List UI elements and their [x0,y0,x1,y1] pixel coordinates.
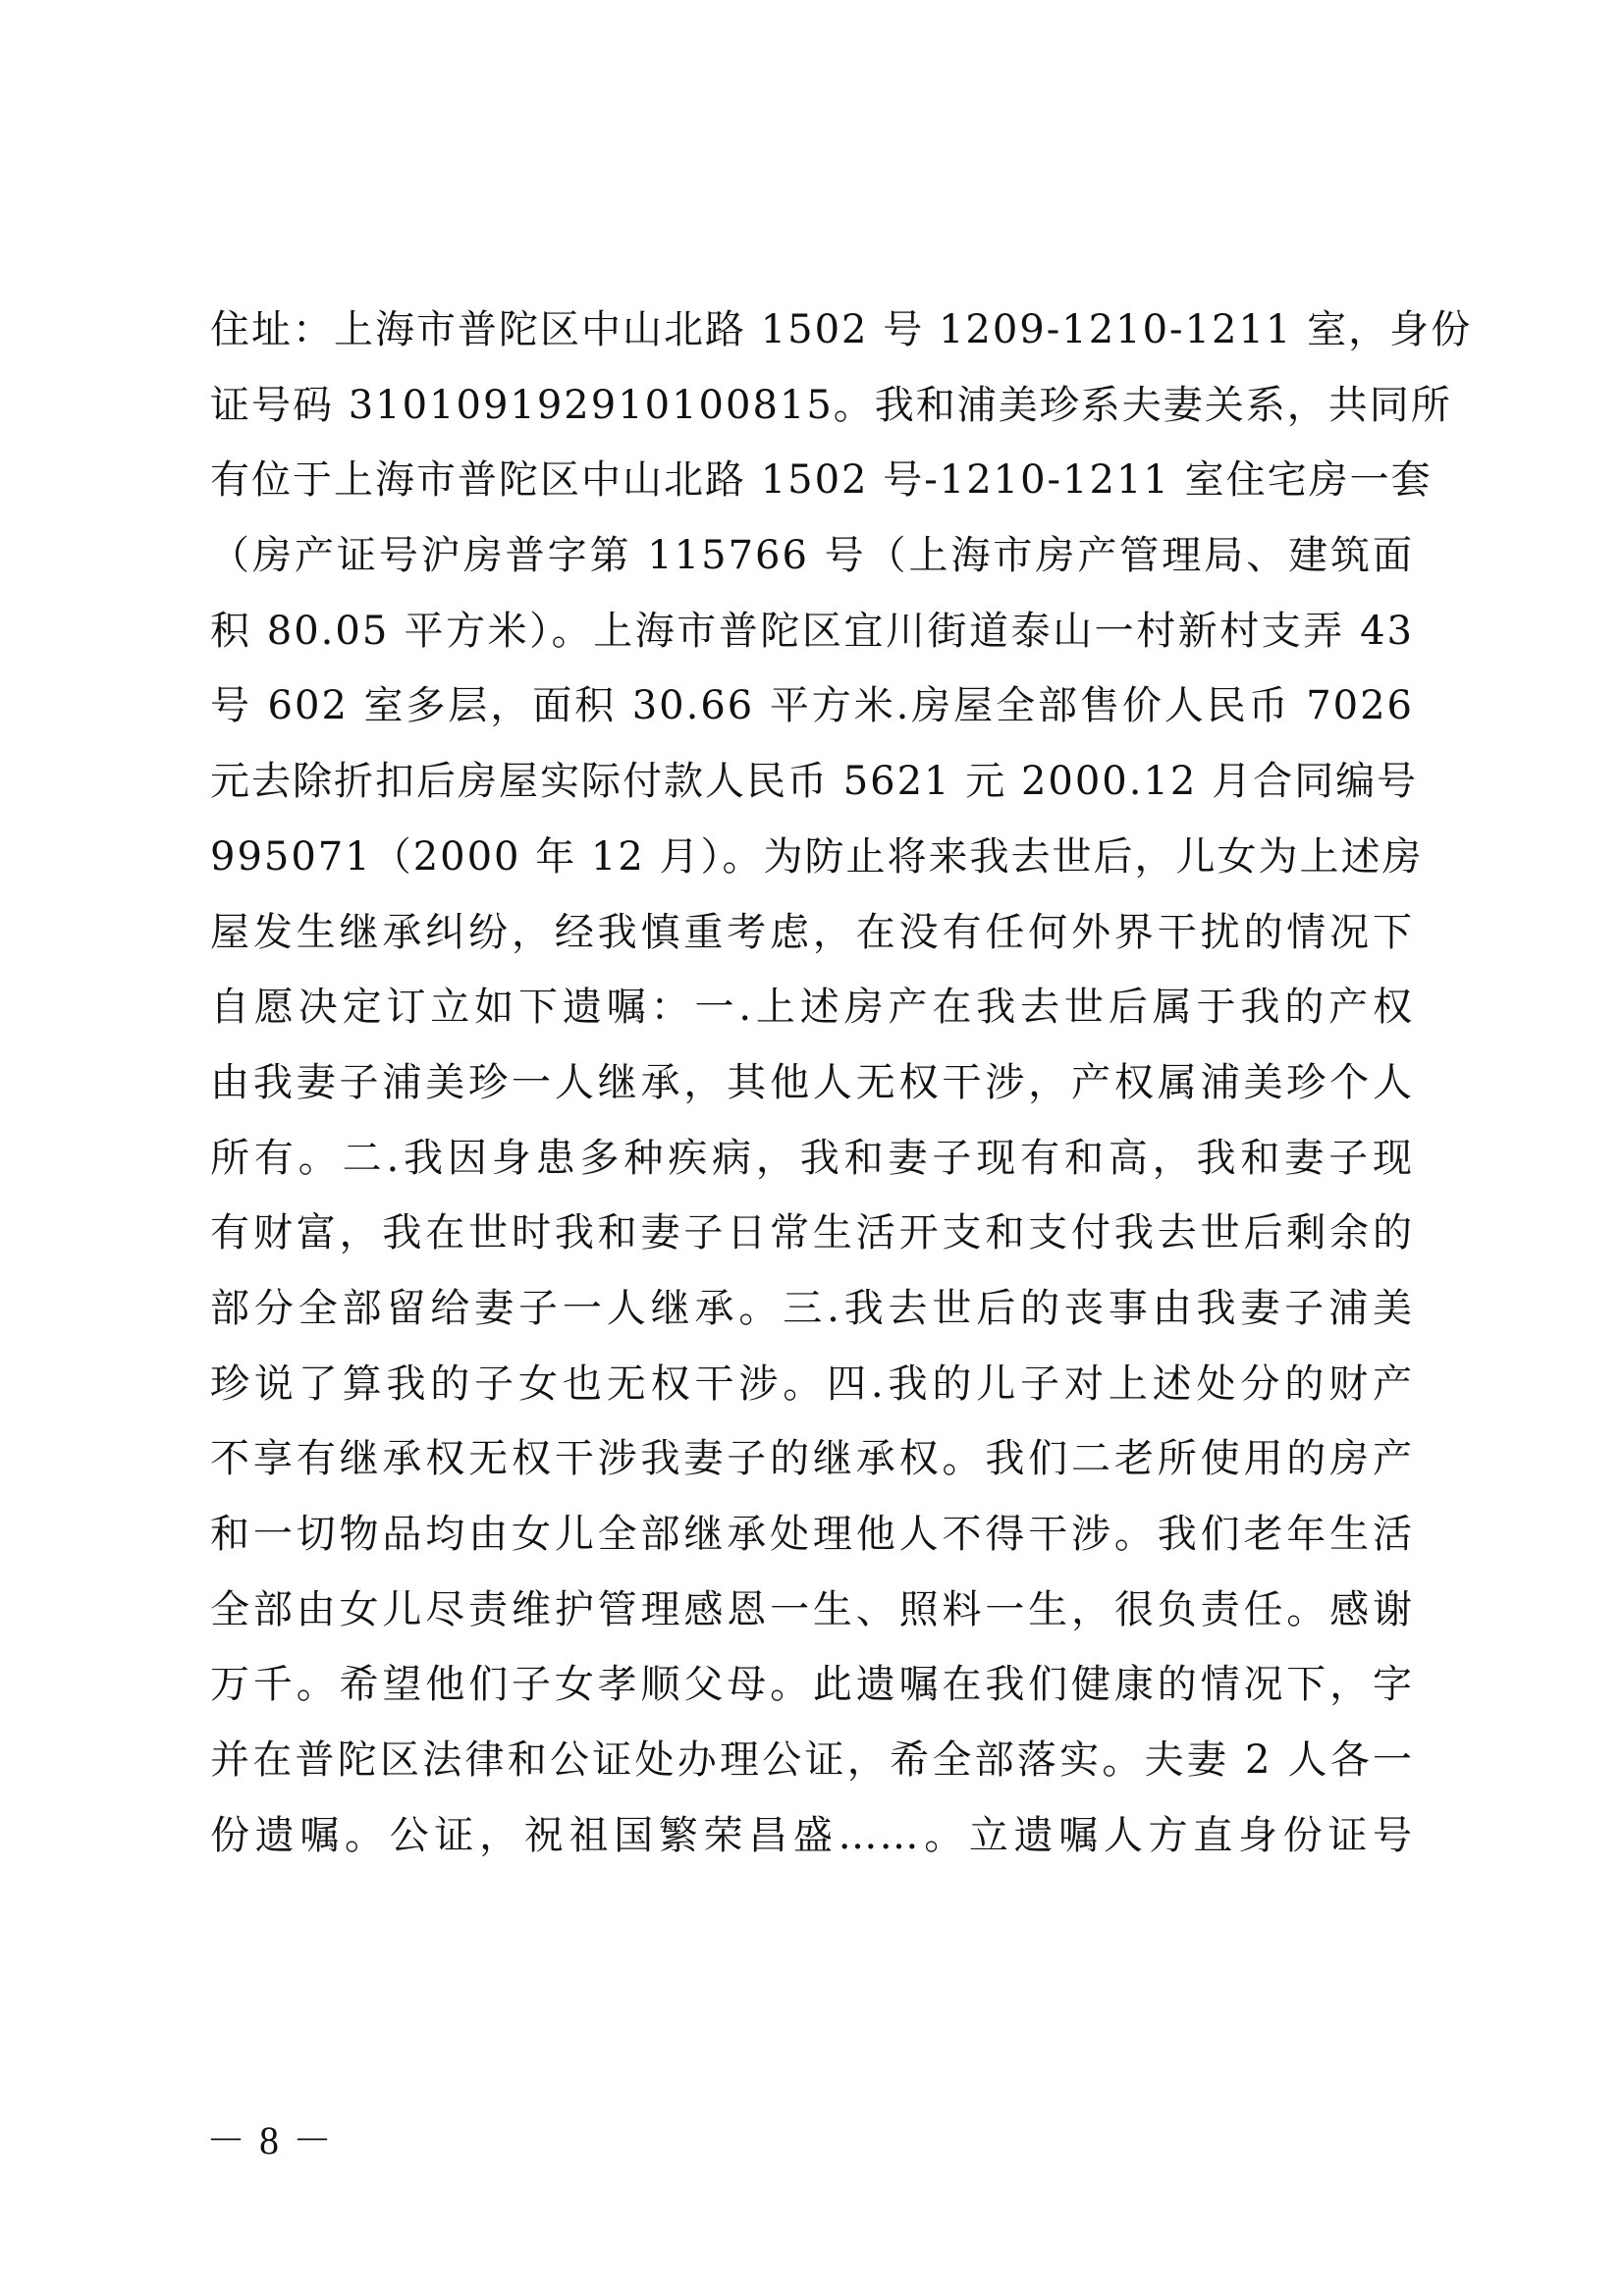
text-line-14: 部分全部留给妻子一人继承。三.我去世后的丧事由我妻子浦美 [210,1271,1414,1347]
text-line-13: 有财富，我在世时我和妻子日常生活开支和支付我去世后剩余的 [210,1196,1414,1271]
text-line-20: 并在普陀区法律和公证处办理公证，希全部落实。夫妻 2 人各一 [210,1723,1414,1798]
text-line-6: 号 602 室多层，面积 30.66 平方米.房屋全部售价人民币 7026 [210,668,1414,744]
will-body-text: 住址：上海市普陀区中山北路 1502 号 1209-1210-1211 室，身份… [210,293,1414,1873]
text-line-4: （房产证号沪房普字第 115766 号（上海市房产管理局、建筑面 [210,518,1414,594]
text-line-1: 住址：上海市普陀区中山北路 1502 号 1209-1210-1211 室，身份 [210,293,1414,368]
text-line-10: 自愿决定订立如下遗嘱：一.上述房产在我去世后属于我的产权 [210,970,1414,1045]
text-line-12: 所有。二.我因身患多种疾病，我和妻子现有和高，我和妻子现 [210,1121,1414,1197]
text-line-3: 有位于上海市普陀区中山北路 1502 号-1210-1211 室住宅房一套 [210,443,1414,518]
text-line-17: 和一切物品均由女儿全部继承处理他人不得干涉。我们老年生活 [210,1497,1414,1573]
text-line-5: 积 80.05 平方米）。上海市普陀区宜川街道泰山一村新村支弄 43 [210,594,1414,669]
text-line-16: 不享有继承权无权干涉我妻子的继承权。我们二老所使用的房产 [210,1421,1414,1497]
text-line-19: 万千。希望他们子女孝顺父母。此遗嘱在我们健康的情况下，字 [210,1647,1414,1723]
text-line-15: 珍说了算我的子女也无权干涉。四.我的儿子对上述处分的财产 [210,1347,1414,1422]
text-line-21: 份遗嘱。公证，祝祖国繁荣昌盛……。立遗嘱人方直身份证号 [210,1798,1414,1874]
text-line-8: 995071（2000 年 12 月）。为防止将来我去世后，儿女为上述房 [210,820,1414,895]
text-line-7: 元去除折扣后房屋实际付款人民币 5621 元 2000.12 月合同编号 [210,744,1414,820]
text-line-9: 屋发生继承纠纷，经我慎重考虑，在没有任何外界干扰的情况下 [210,895,1414,971]
text-line-18: 全部由女儿尽责维护管理感恩一生、照料一生，很负责任。感谢 [210,1573,1414,1648]
text-line-2: 证号码 310109192910100815。我和浦美珍系夫妻关系，共同所 [210,368,1414,444]
text-line-11: 由我妻子浦美珍一人继承，其他人无权干涉，产权属浦美珍个人 [210,1045,1414,1121]
document-page: 住址：上海市普陀区中山北路 1502 号 1209-1210-1211 室，身份… [0,0,1624,2296]
page-number: － 8 － [206,2116,334,2165]
